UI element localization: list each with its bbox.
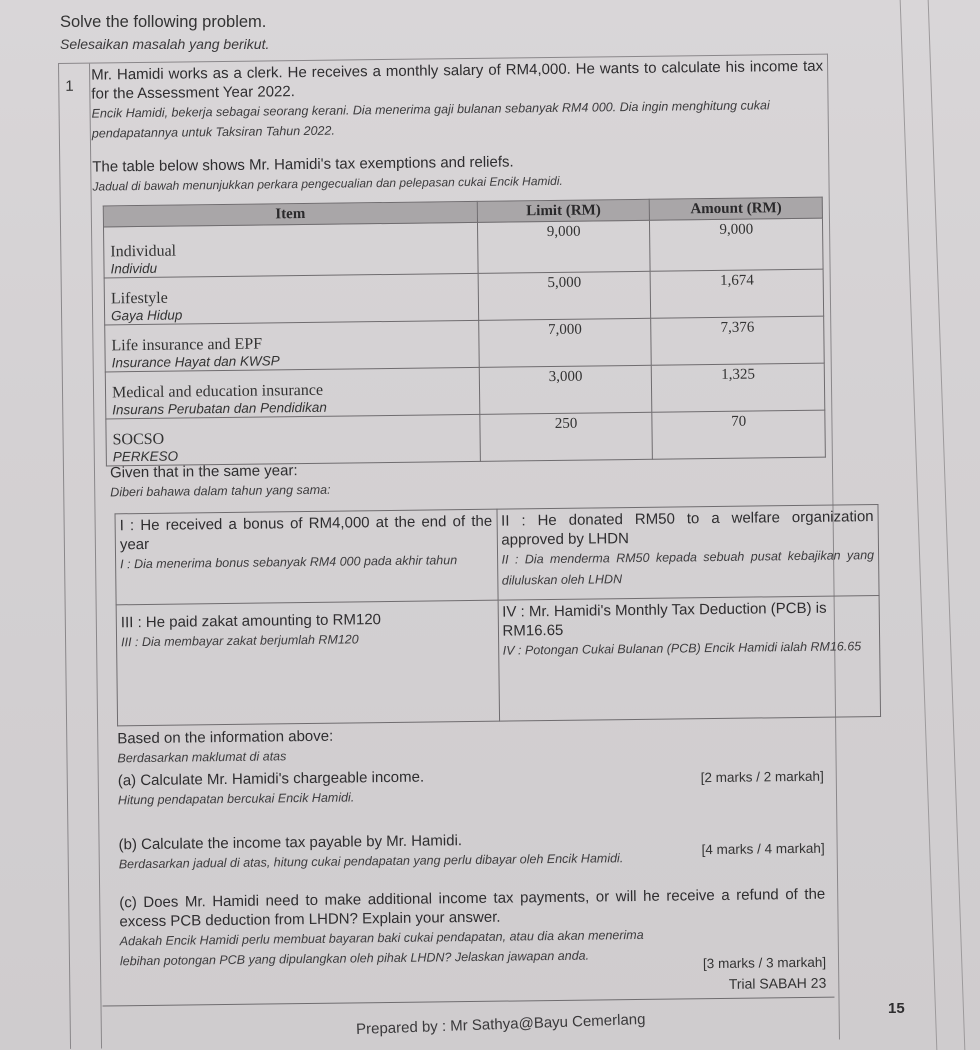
source-label: Trial SABAH 23	[729, 975, 827, 992]
part-a-marks: [2 marks / 2 markah]	[701, 769, 824, 786]
item-cell: Lifestyle Gaya Hidup	[104, 273, 478, 325]
instruction-malay: Selesaikan masalah yang berikut.	[60, 36, 269, 52]
item-cell: SOCSO PERKESO	[106, 414, 480, 466]
page-edge-line	[900, 0, 938, 1050]
item-english: Life insurance and EPF	[111, 321, 472, 355]
info-english: IV : Mr. Hamidi's Monthly Tax Deduction …	[502, 598, 875, 641]
info-cell-iv: IV : Mr. Hamidi's Monthly Tax Deduction …	[498, 596, 881, 722]
amount-cell: 70	[652, 410, 825, 459]
part-b-marks: [4 marks / 4 markah]	[702, 841, 825, 858]
question-number: 1	[65, 78, 74, 95]
page-number: 15	[888, 1000, 905, 1017]
info-malay: IV : Potongan Cukai Bulanan (PCB) Encik …	[503, 636, 876, 662]
given-section: Given that in the same year: Diberi baha…	[110, 461, 331, 503]
item-cell: Medical and education insurance Insurans…	[105, 367, 479, 419]
instruction-english: Solve the following problem.	[60, 13, 266, 32]
question-box: 1 Mr. Hamidi works as a clerk. He receiv…	[58, 54, 840, 1049]
header-limit: Limit (RM)	[477, 199, 650, 222]
table-row: Individual Individu 9,000 9,000	[104, 218, 824, 278]
limit-cell: 3,000	[479, 365, 652, 414]
based-malay: Berdasarkan maklumat di atas	[117, 746, 333, 769]
amount-cell: 1,325	[652, 363, 825, 412]
limit-cell: 250	[480, 412, 653, 461]
info-malay: II : Dia menderma RM50 kepada sebuah pus…	[501, 545, 874, 592]
part-c-marks: [3 marks / 3 markah]	[703, 955, 826, 972]
info-malay: I : Dia menerima bonus sebanyak RM4 000 …	[120, 550, 493, 576]
given-malay: Diberi bahawa dalam tahun yang sama:	[110, 480, 331, 503]
question-content: Mr. Hamidi works as a clerk. He receives…	[91, 57, 825, 197]
item-english: Lifestyle	[111, 274, 472, 308]
info-english: I : He received a bonus of RM4,000 at th…	[120, 512, 493, 555]
limit-cell: 5,000	[478, 271, 651, 320]
item-cell: Individual Individu	[104, 222, 478, 278]
question-number-column: 1	[59, 64, 102, 1049]
amount-cell: 9,000	[650, 218, 823, 271]
info-cell-i: I : He received a bonus of RM4,000 at th…	[115, 509, 498, 605]
part-c: (c) Does Mr. Hamidi need to make additio…	[119, 885, 826, 972]
item-cell: Life insurance and EPF Insurance Hayat d…	[105, 320, 479, 372]
info-malay: III : Dia membayar zakat berjumlah RM120	[121, 628, 494, 654]
given-info-table: I : He received a bonus of RM4,000 at th…	[115, 504, 882, 726]
amount-cell: 7,376	[651, 316, 824, 365]
part-b: (b) Calculate the income tax payable by …	[118, 827, 824, 875]
box-bottom-line	[103, 997, 835, 1007]
info-row: III : He paid zakat amounting to RM120 I…	[116, 596, 880, 726]
based-section: Based on the information above: Berdasar…	[117, 727, 333, 769]
info-cell-ii: II : He donated RM50 to a welfare organi…	[496, 505, 879, 601]
based-english: Based on the information above:	[117, 727, 333, 749]
header-amount: Amount (RM)	[650, 197, 823, 220]
info-cell-iii: III : He paid zakat amounting to RM120 I…	[116, 600, 499, 726]
table-row: SOCSO PERKESO 250 70	[106, 410, 826, 466]
item-english: SOCSO	[112, 415, 473, 449]
amount-cell: 1,674	[651, 269, 824, 318]
limit-cell: 7,000	[479, 318, 652, 367]
exemptions-table: Item Limit (RM) Amount (RM) Individual I…	[103, 197, 826, 467]
info-english: II : He donated RM50 to a welfare organi…	[501, 507, 874, 550]
item-english: Individual	[110, 223, 471, 261]
part-a: (a) Calculate Mr. Hamidi's chargeable in…	[118, 763, 824, 811]
item-english: Medical and education insurance	[112, 368, 473, 402]
limit-cell: 9,000	[477, 220, 650, 273]
page-edge-line	[928, 0, 966, 1050]
info-row: I : He received a bonus of RM4,000 at th…	[115, 505, 879, 605]
